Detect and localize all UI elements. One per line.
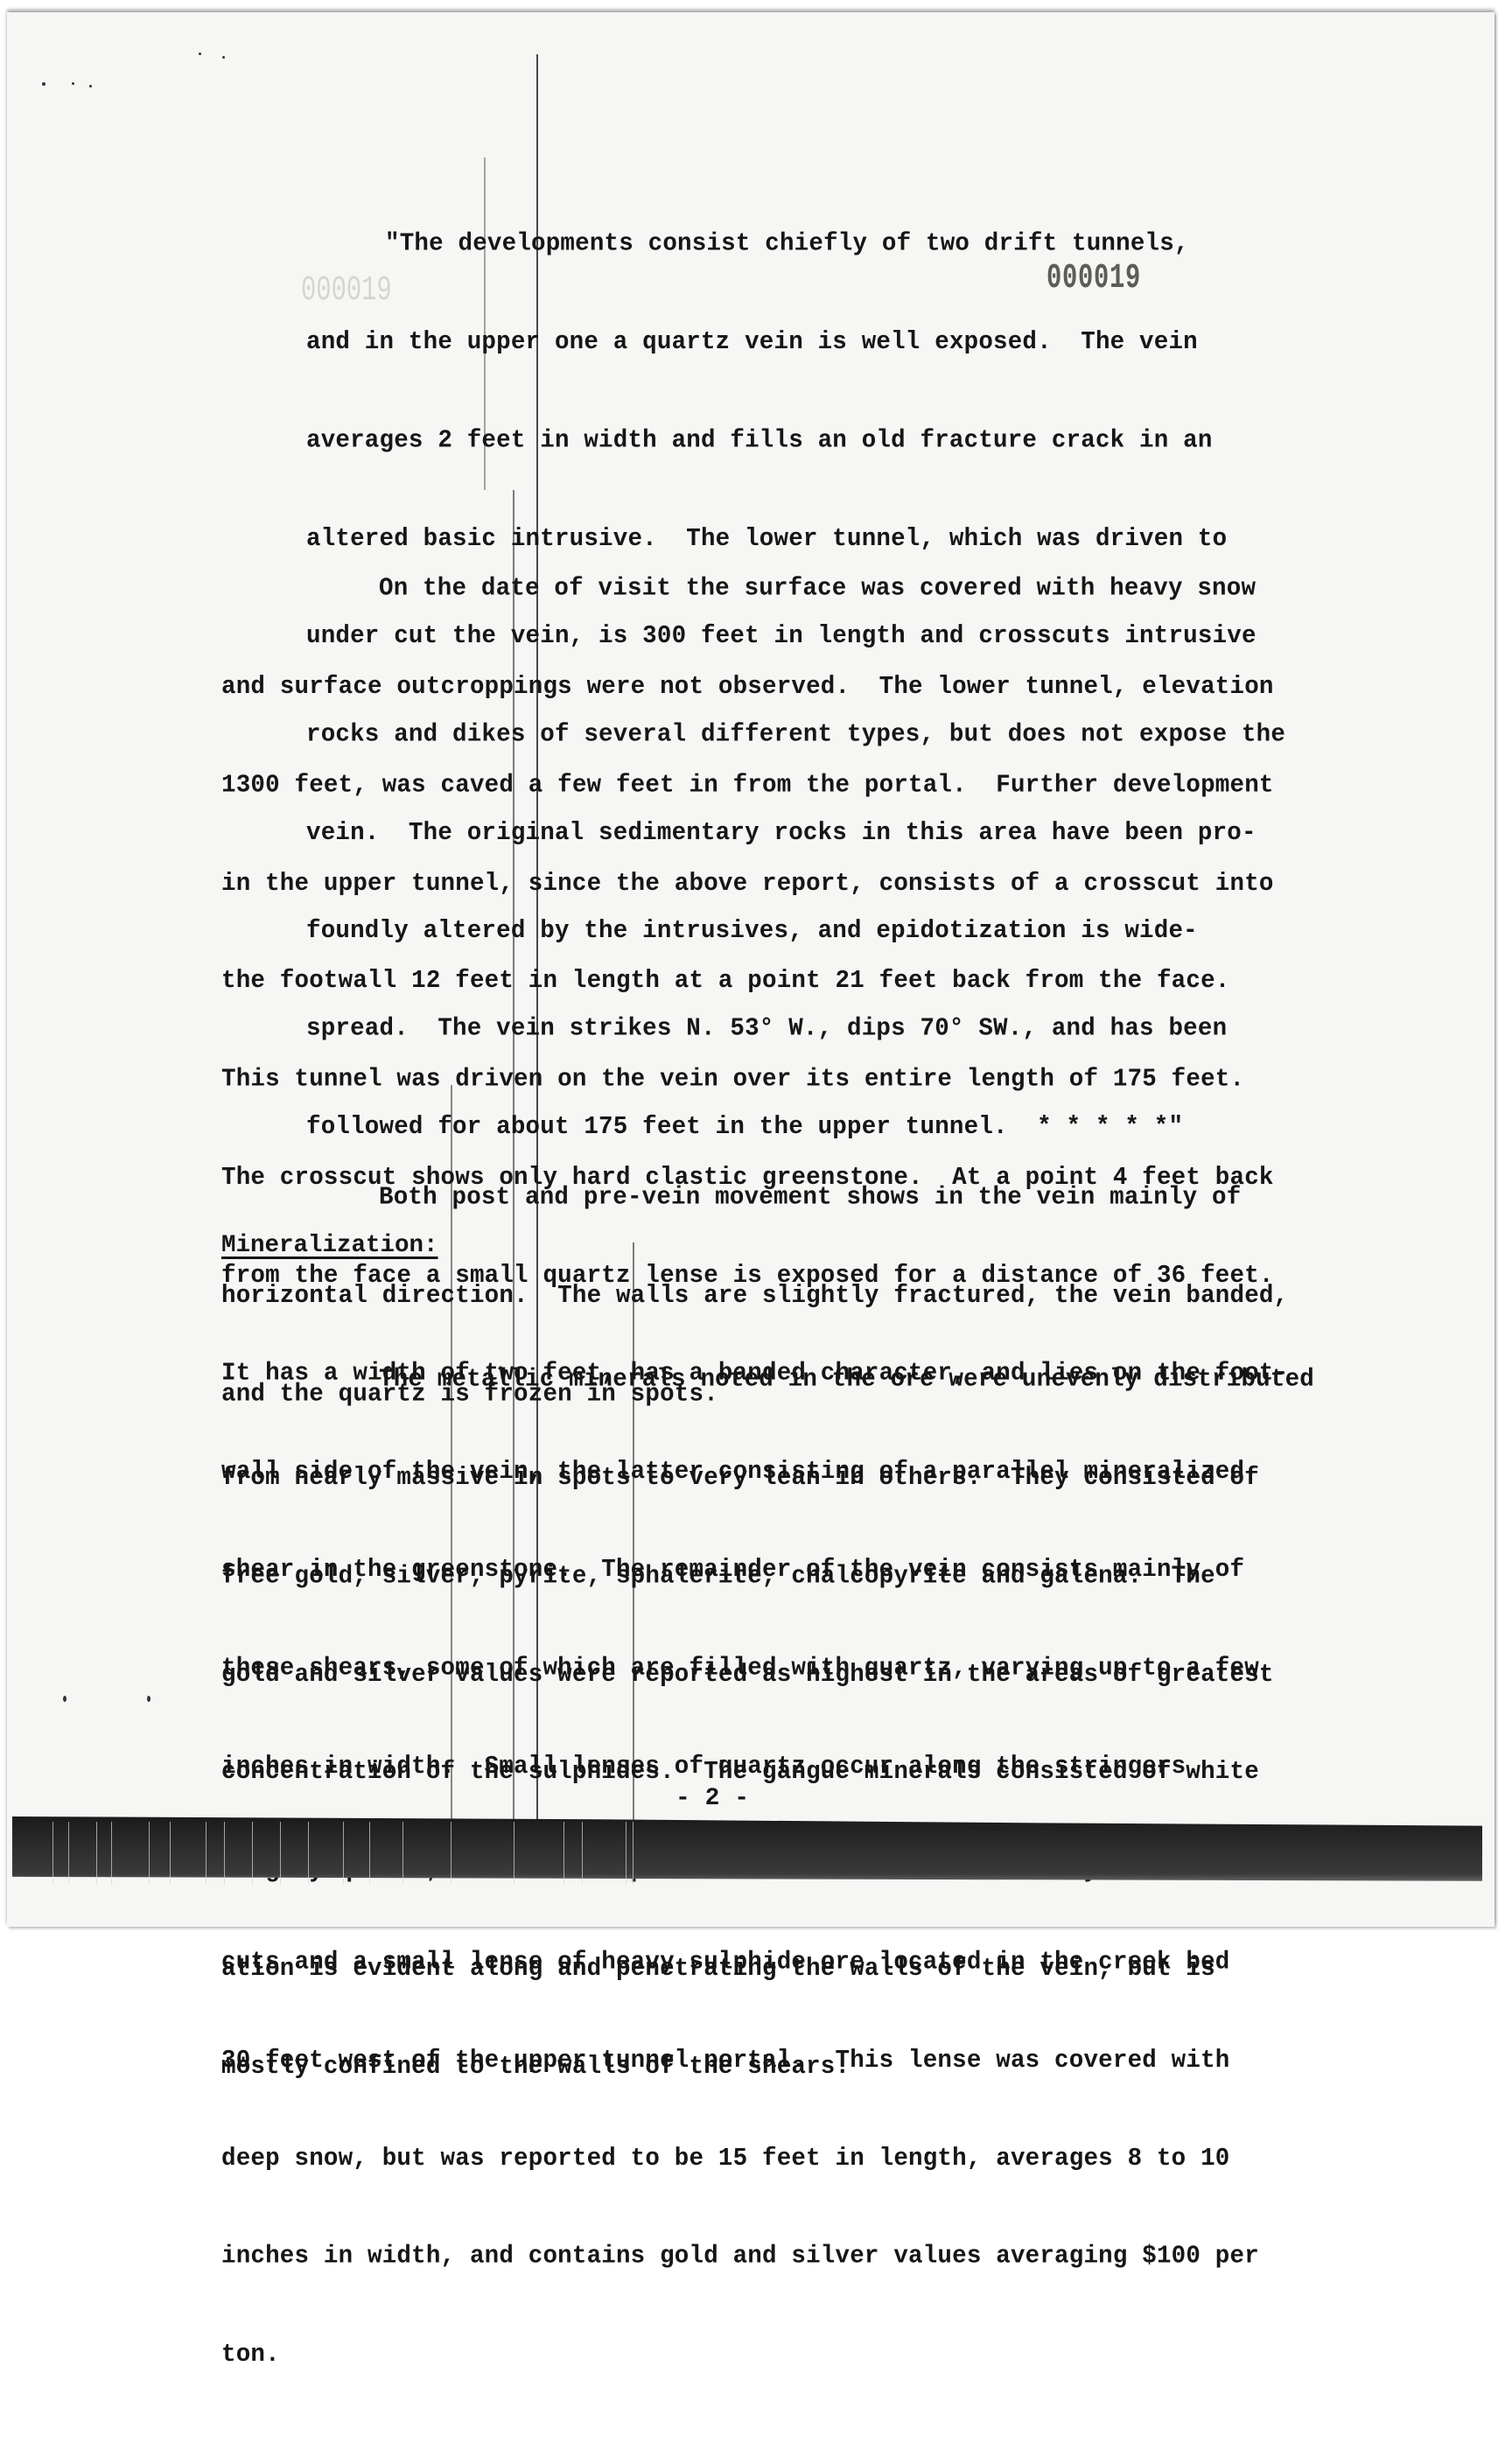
scan-artifact-stripe (563, 1822, 564, 1885)
scan-speck (63, 1696, 66, 1702)
scan-artifact-stripe (252, 1822, 253, 1885)
text-line: Both post and pre-vein movement shows in… (221, 1182, 1288, 1214)
scan-artifact-stripe (280, 1822, 281, 1885)
text-line: concentration of the sulphides. The gang… (221, 1756, 1318, 1788)
scan-artifact-stripe (582, 1822, 583, 1885)
text-line: inches in width, and contains gold and s… (221, 2241, 1288, 2273)
bates-number-stamp: 000019 (1046, 259, 1141, 298)
scan-speck (42, 82, 45, 86)
scan-speck (222, 56, 225, 59)
page-number: - 2 - (675, 1785, 749, 1812)
scan-artifact-stripe (343, 1822, 344, 1885)
text-line: from nearly massive in spots to very lea… (221, 1462, 1318, 1494)
paragraph-mineralization: The metallic minerals noted in the ore w… (221, 1298, 1318, 2116)
scan-artifact-stripe (308, 1822, 309, 1885)
scan-artifact-stripe (149, 1822, 150, 1885)
text-line: gold and silver values were reported as … (221, 1658, 1318, 1690)
section-heading-mineralization: Mineralization: (221, 1232, 438, 1259)
scan-speck (147, 1696, 150, 1702)
scan-artifact-stripe (626, 1822, 626, 1885)
scan-artifact-stripe (514, 1822, 514, 1885)
text-line: deep snow, but was reported to be 15 fee… (221, 2143, 1288, 2175)
text-line: ation is evident along and penetrating t… (221, 1952, 1318, 1984)
text-line: averages 2 feet in width and fills an ol… (306, 424, 1285, 457)
scan-artifact-stripe (68, 1822, 69, 1885)
scan-artifact-stripe (451, 1822, 451, 1885)
text-line: 1300 feet, was caved a few feet in from … (221, 769, 1288, 801)
scan-artifact-stripe (111, 1822, 112, 1885)
text-line: The metallic minerals noted in the ore w… (221, 1364, 1318, 1396)
text-line: On the date of visit the surface was cov… (221, 573, 1288, 605)
scan-artifact-stripe (633, 1822, 633, 1885)
scan-artifact-stripe (369, 1822, 370, 1885)
text-line: and surface outcroppings were not observ… (221, 671, 1288, 703)
text-line: free gold, silver, pyrite, sphalerite, c… (221, 1560, 1318, 1592)
text-line: "The developments consist chiefly of two… (306, 228, 1285, 261)
scan-artifact-stripe (206, 1822, 206, 1885)
text-line: the footwall 12 feet in length at a poin… (221, 965, 1288, 997)
scan-artifact-stripe (96, 1822, 97, 1885)
text-line: mostly confined to the walls of the shea… (221, 2051, 1318, 2083)
scan-speck (199, 52, 201, 55)
scan-artifact-stripe (52, 1822, 53, 1885)
scan-speck (72, 82, 74, 85)
text-line: in the upper tunnel, since the above rep… (221, 867, 1288, 899)
scan-artifact-stripe (170, 1822, 171, 1885)
scan-speck (89, 85, 92, 87)
scan-artifact-stripe (402, 1822, 403, 1885)
text-line: and in the upper one a quartz vein is we… (306, 326, 1285, 359)
text-line: This tunnel was driven on the vein over … (221, 1063, 1288, 1095)
scan-artifact-stripe (224, 1822, 225, 1885)
text-line: ton. (221, 2339, 1288, 2371)
